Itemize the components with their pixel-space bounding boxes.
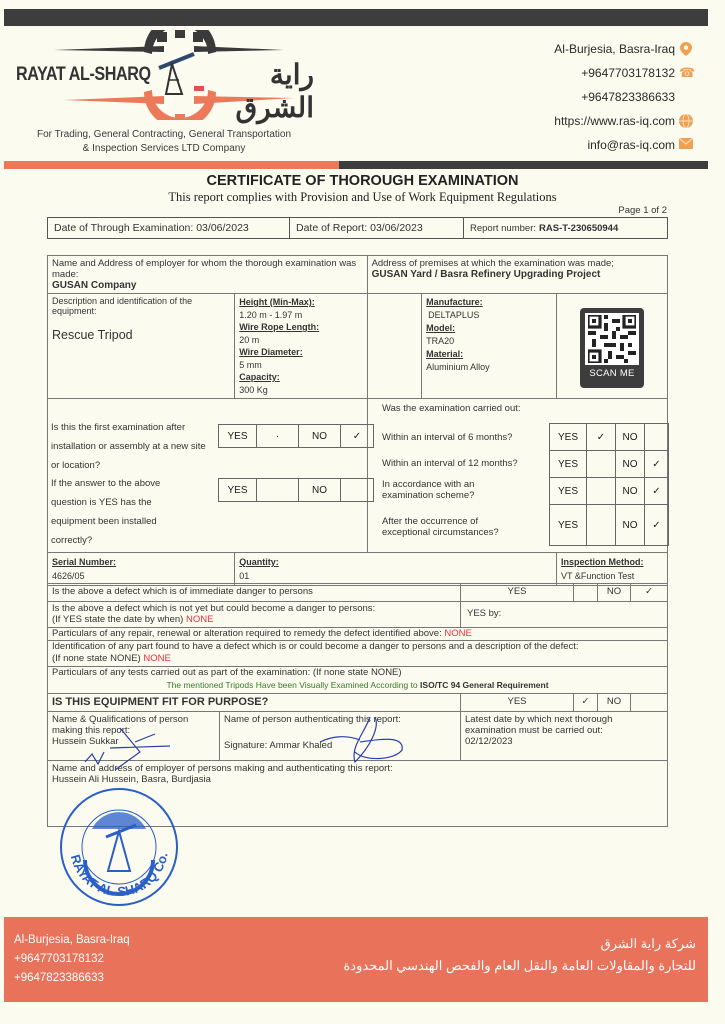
fit-yes-checkbox[interactable]: ✓	[574, 694, 598, 712]
signature-hussein-icon	[80, 722, 180, 772]
interval-12-answer: YES NO ✓	[550, 451, 669, 478]
envelope-icon	[679, 138, 693, 152]
next-exam-label: Latest date by which next thorough exami…	[465, 714, 645, 736]
interval-6-no-checkbox[interactable]	[645, 424, 669, 451]
employer-cell: Name and Address of employer for whom th…	[48, 256, 368, 294]
installed-yes-label: YES	[219, 479, 257, 502]
serial-value: 4626/05	[52, 569, 230, 583]
serial-cell: Serial Number: 4626/05	[48, 553, 235, 586]
spec-rope-value: 20 m	[239, 334, 362, 347]
interval-12-yes-checkbox[interactable]	[587, 451, 616, 478]
material-label: Material:	[426, 348, 552, 361]
serial-label: Serial Number:	[52, 555, 230, 569]
premises-cell: Address of premises at which the examina…	[367, 256, 667, 294]
footer-company-tagline-ar: للتجارة والمقاولات العامة والنقل العام و…	[344, 955, 697, 977]
report-number: Report number: RAS-T-230650944	[464, 218, 667, 238]
tests-question: Particulars of any tests carried out as …	[52, 667, 663, 679]
part-defect-value: NONE	[143, 653, 170, 664]
premises-label: Address of premises at which the examina…	[372, 258, 663, 269]
interval-6-answer: YES ✓ NO	[550, 424, 669, 451]
footer-company-ar: شركة راية الشرق للتجارة والمقاولات العام…	[344, 933, 697, 977]
fit-for-purpose-question: IS THIS EQUIPMENT FIT FOR PURPOSE?	[48, 694, 461, 712]
future-yes-by: YES by:	[461, 602, 668, 628]
model-value: TRA20	[426, 335, 552, 348]
interval-12-no-label: NO	[616, 451, 645, 478]
carried-out-answers: YES ✓ NO YES NO ✓ YES NO ✓ YES NO ✓	[549, 423, 669, 546]
footer-address: Al-Burjesia, Basra-Iraq	[14, 931, 130, 950]
spec-diameter-label: Wire Diameter:	[239, 346, 362, 359]
installed-correctly-answer: YES NO	[218, 478, 374, 502]
interval-6-no-label: NO	[616, 424, 645, 451]
qr-scan-label: SCAN ME	[585, 368, 639, 379]
qr-code[interactable]: SCAN ME	[580, 308, 644, 388]
part-defect-instruction: (If none state NONE)	[52, 653, 141, 664]
contact-website-link[interactable]: https://www.ras-iq.com	[554, 114, 675, 128]
certificate-subtitle: This report complies with Provision and …	[0, 190, 725, 205]
exceptional-question: After the occurrence of exceptional circ…	[382, 516, 522, 538]
fit-no-label: NO	[598, 694, 631, 712]
carried-out-heading: Was the examination carried out:	[382, 403, 521, 414]
immediate-no-label: NO	[598, 584, 631, 602]
company-name-en: RAYAT AL-SHARQ	[16, 64, 151, 86]
certificate-title: CERTIFICATE OF THOROUGH EXAMINATION	[0, 173, 725, 189]
signature-ammar-icon	[310, 712, 420, 772]
contact-email-link[interactable]: info@ras-iq.com	[587, 138, 675, 152]
company-tagline: For Trading, General Contracting, Genera…	[14, 128, 314, 156]
future-danger-value: NONE	[186, 614, 213, 625]
page-number: Page 1 of 2	[618, 205, 667, 216]
spec-height-label: Height (Min-Max):	[239, 296, 362, 309]
installed-correctly-question: If the answer to the above question is Y…	[51, 474, 181, 550]
specs-cell: Height (Min-Max): 1.20 m - 1.97 m Wire R…	[235, 294, 367, 399]
exceptional-answer: YES NO ✓	[550, 505, 669, 546]
installed-no-checkbox[interactable]	[341, 479, 374, 502]
contact-phone-1[interactable]: +9647703178132 ☎	[554, 61, 693, 85]
tests-standard: ISO/TC 94 General Requirement	[420, 680, 548, 690]
exceptional-no-checkbox[interactable]: ✓	[645, 505, 669, 546]
premises-value: GUSAN Yard / Basra Refinery Upgrading Pr…	[372, 269, 663, 280]
footer-contacts: Al-Burjesia, Basra-Iraq +9647703178132 +…	[14, 931, 130, 988]
first-exam-yes-label: YES	[219, 425, 257, 448]
report-date: Date of Report: 03/06/2023	[290, 218, 464, 238]
equipment-name: Rescue Tripod	[52, 330, 230, 340]
contact-address-text: Al-Burjesia, Basra-Iraq	[554, 42, 675, 56]
method-cell: Inspection Method: VT &Function Test	[557, 553, 668, 586]
description-label: Description and identification of the eq…	[52, 296, 230, 316]
scheme-yes-checkbox[interactable]	[587, 478, 616, 505]
contact-phone-2-text[interactable]: +9647823386633	[581, 90, 675, 104]
manufacture-value: DELTAPLUS	[426, 309, 552, 322]
footer-bar: Al-Burjesia, Basra-Iraq +9647703178132 +…	[4, 917, 708, 1002]
spacer-cell	[367, 294, 422, 399]
scheme-yes-label: YES	[550, 478, 587, 505]
method-label: Inspection Method:	[561, 555, 663, 569]
scheme-question: In accordance with an examination scheme…	[382, 479, 502, 501]
first-exam-question: Is this the first examination after inst…	[51, 418, 216, 475]
contact-address: Al-Burjesia, Basra-Iraq	[554, 37, 693, 61]
footer-phone-1[interactable]: +9647703178132	[14, 950, 130, 969]
report-number-label: Report number:	[470, 223, 536, 234]
top-dark-bar	[4, 9, 708, 26]
company-name-ar: راية الشرق	[202, 58, 314, 124]
repair-cell: Particulars of any repair, renewal or al…	[48, 628, 668, 641]
exam-date: Date of Through Examination: 03/06/2023	[48, 218, 290, 238]
spec-capacity-label: Capacity:	[239, 371, 362, 384]
interval-12-yes-label: YES	[550, 451, 587, 478]
qr-cell: SCAN ME	[557, 294, 668, 399]
fit-no-checkbox[interactable]	[631, 694, 668, 712]
future-danger-when: (If YES state the date by when) NONE	[52, 614, 456, 625]
immediate-yes-checkbox[interactable]	[574, 584, 598, 602]
header-stripe-dark	[339, 161, 708, 169]
maker-cell: Manufacture: DELTAPLUS Model: TRA20 Mate…	[422, 294, 557, 399]
part-defect-question: Identification of any part found to have…	[52, 641, 663, 653]
globe-icon	[679, 114, 693, 128]
spec-height-value: 1.20 m - 1.97 m	[239, 309, 362, 322]
first-exam-no-label: NO	[299, 425, 341, 448]
spec-diameter-value: 5 mm	[239, 359, 362, 372]
header-stripe-orange	[4, 161, 339, 169]
description-cell: Description and identification of the eq…	[48, 294, 235, 399]
scheme-no-checkbox[interactable]: ✓	[645, 478, 669, 505]
exceptional-no-label: NO	[616, 505, 645, 546]
manufacture-label: Manufacture:	[426, 296, 552, 309]
part-defect-cell: Identification of any part found to have…	[48, 641, 668, 667]
employer-persons-value: Hussein Ali Hussein, Basra, Burdjasia	[52, 774, 663, 785]
contact-email[interactable]: info@ras-iq.com	[554, 133, 693, 157]
scheme-no-label: NO	[616, 478, 645, 505]
immediate-no-checkbox[interactable]: ✓	[631, 584, 668, 602]
tests-result: The mentioned Tripods Have been Visually…	[52, 679, 663, 691]
immediate-danger-question: Is the above a defect which is of immedi…	[48, 584, 461, 602]
next-exam-date: 02/12/2023	[465, 736, 663, 747]
contact-phone-1-text[interactable]: +9647703178132	[581, 66, 675, 80]
telephone-icon: ☎	[679, 66, 693, 80]
model-label: Model:	[426, 322, 552, 335]
first-exam-no-checkbox[interactable]: ✓	[341, 425, 374, 448]
spec-rope-label: Wire Rope Length:	[239, 321, 362, 334]
tagline-line-2: & Inspection Services LTD Company	[14, 142, 314, 156]
tagline-line-1: For Trading, General Contracting, Genera…	[14, 128, 314, 142]
quantity-cell: Quantity: 01	[235, 553, 557, 586]
installed-no-label: NO	[299, 479, 341, 502]
future-danger-question: Is the above a defect which is not yet b…	[52, 603, 456, 614]
interval-12-no-checkbox[interactable]: ✓	[645, 451, 669, 478]
tests-cell: Particulars of any tests carried out as …	[48, 667, 668, 694]
first-exam-yes-checkbox[interactable]: ·	[257, 425, 299, 448]
report-number-value: RAS-T-230650944	[539, 223, 618, 234]
quantity-value: 01	[239, 569, 552, 583]
exceptional-yes-label: YES	[550, 505, 587, 546]
company-stamp-icon: RAYAT AL-SHARQ Co.	[52, 785, 186, 909]
report-header-row: Date of Through Examination: 03/06/2023 …	[47, 217, 668, 239]
installed-yes-checkbox[interactable]	[257, 479, 299, 502]
repair-question: Particulars of any repair, renewal or al…	[52, 628, 442, 639]
location-pin-icon	[679, 42, 693, 56]
contact-phone-2[interactable]: +9647823386633	[554, 85, 693, 109]
company-logo: RAYAT AL-SHARQ راية الشرق	[14, 30, 314, 130]
interval-12-question: Within an interval of 12 months?	[382, 458, 518, 469]
immediate-yes-label: YES	[461, 584, 574, 602]
contact-website[interactable]: https://www.ras-iq.com	[554, 109, 693, 133]
interval-6-yes-checkbox[interactable]: ✓	[587, 424, 616, 451]
fit-yes-label: YES	[461, 694, 574, 712]
next-exam-cell: Latest date by which next thorough exami…	[461, 712, 668, 761]
footer-phone-2[interactable]: +9647823386633	[14, 969, 130, 988]
interval-6-question: Within an interval of 6 months?	[382, 432, 512, 443]
interval-6-yes-label: YES	[550, 424, 587, 451]
footer-company-name-ar: شركة راية الشرق	[344, 933, 697, 955]
employer-label: Name and Address of employer for whom th…	[52, 258, 363, 280]
contact-list: Al-Burjesia, Basra-Iraq +9647703178132 ☎…	[554, 37, 693, 157]
exceptional-yes-checkbox[interactable]	[587, 505, 616, 546]
material-value: Aluminium Alloy	[426, 361, 552, 374]
scheme-answer: YES NO ✓	[550, 478, 669, 505]
quantity-label: Quantity:	[239, 555, 552, 569]
method-value: VT &Function Test	[561, 569, 663, 583]
first-exam-answer: YES · NO ✓	[218, 424, 374, 448]
employer-value: GUSAN Company	[52, 280, 363, 291]
tests-result-text: The mentioned Tripods Have been Visually…	[166, 680, 417, 690]
qr-code-icon	[585, 313, 639, 365]
spec-capacity-value: 300 Kg	[239, 384, 362, 397]
future-danger-cell: Is the above a defect which is not yet b…	[48, 602, 461, 628]
defects-table: Is the above a defect which is of immedi…	[47, 583, 668, 712]
repair-value: NONE	[444, 628, 471, 639]
